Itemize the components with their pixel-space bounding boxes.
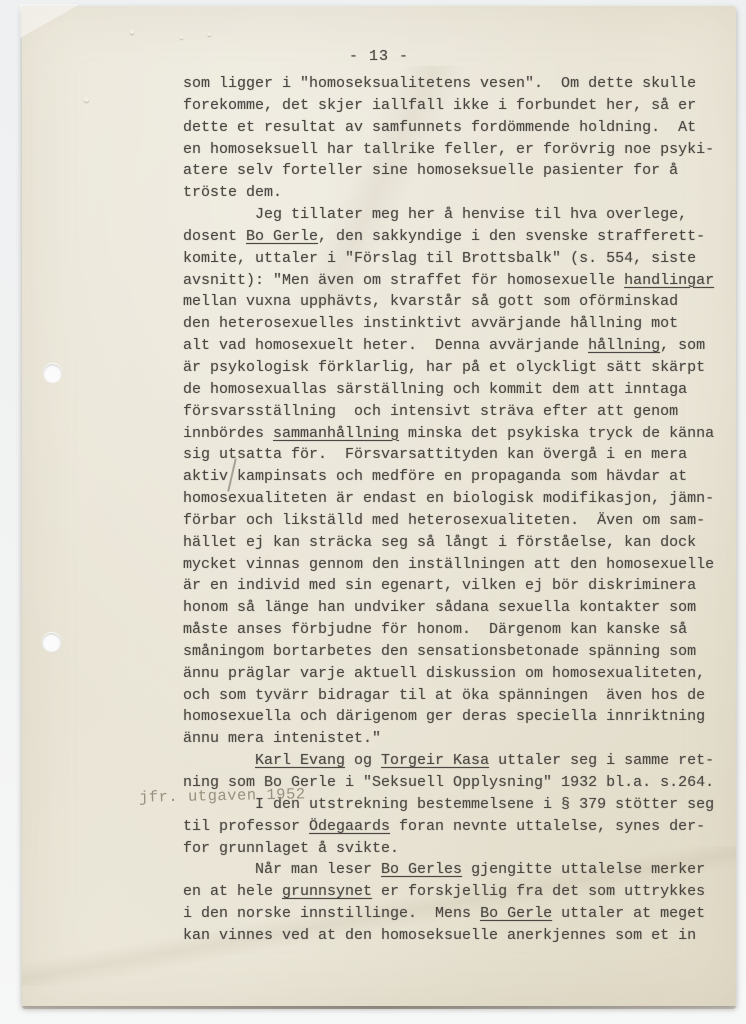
text-line: mycket vinnas gennom den inställningen a…: [183, 554, 714, 576]
text-line: Karl Evang og Torgeir Kasa uttaler seg i…: [183, 750, 714, 772]
text-line: forekomme, det skjer iallfall ikke i for…: [183, 95, 714, 117]
text-line: komite, uttaler i "Förslag til Brottsbal…: [183, 248, 714, 270]
text-line: tröste dem.: [183, 182, 714, 204]
text-line: den heterosexuelles instinktivt avvärjan…: [183, 313, 714, 335]
paper-corner-fold: [20, 4, 80, 38]
paper-speck: [84, 97, 89, 102]
text-line: atere selv forteller sine homoseksuelle …: [183, 160, 714, 182]
punch-hole-top: [43, 364, 62, 383]
text-line: försvarsställning och intensivt sträva e…: [183, 401, 714, 423]
text-line: och som tyvärr bidragar til at öka spänn…: [183, 685, 714, 707]
text-line: är en individ med sin egenart, vilken ej…: [183, 575, 714, 597]
text-line: som ligger i "homoseksualitetens vesen".…: [183, 73, 714, 95]
text-line: i den norske innstillinge. Mens Bo Gerle…: [183, 903, 714, 925]
text-line: sig utsatta för. Försvarsattityden kan ö…: [183, 444, 714, 466]
text-line: Når man leser Bo Gerles gjengitte uttale…: [183, 859, 714, 881]
text-line: innbördes sammanhållning minska det psyk…: [183, 423, 714, 445]
text-line: småningom bortarbetes den sensationsbeto…: [183, 641, 714, 663]
page-number: - 13 -: [22, 48, 736, 65]
paper-speck: [208, 33, 211, 36]
text-line: ännu präglar varje aktuell diskussion om…: [183, 663, 714, 685]
text-line: en homoseksuell har tallrike feller, er …: [183, 139, 714, 161]
text-line: for grunnlaget å svikte.: [183, 838, 714, 860]
text-line: Jeg tillater meg her å henvise til hva o…: [183, 204, 714, 226]
text-line: alt vad homosexuelt heter. Denna avvärja…: [183, 335, 714, 357]
text-line: måste anses förbjudne för honom. Därgeno…: [183, 619, 714, 641]
paper-speck: [130, 30, 134, 34]
text-line: homosexuella och därigenom ger deras spe…: [183, 706, 714, 728]
text-line: förbar och likställd med heterosexualite…: [183, 510, 714, 532]
document-page: - 13 - som ligger i "homoseksualitetens …: [22, 6, 736, 1006]
text-line: mellan vuxna upphävts, kvarstår så gott …: [183, 291, 714, 313]
text-line: hället ej kan sträcka seg så långt i för…: [183, 532, 714, 554]
text-line: är psykologisk förklarlig, har på et oly…: [183, 357, 714, 379]
text-line: dosent Bo Gerle, den sakkyndige i den sv…: [183, 226, 714, 248]
scan-background: { "document": { "page_number": "- 13 -",…: [0, 0, 746, 1024]
punch-hole-bottom: [42, 633, 61, 652]
text-line: en at hele grunnsynet er forskjellig fra…: [183, 881, 714, 903]
text-line: de homosexuallas särställning och kommit…: [183, 379, 714, 401]
text-line: honom så länge han undviker sådana sexue…: [183, 597, 714, 619]
text-line: dette et resultat av samfunnets fordömme…: [183, 117, 714, 139]
text-line: avsnitt): "Men även om straffet för homo…: [183, 270, 714, 292]
text-line: ännu mera intenistet.": [183, 728, 714, 750]
paper-bottom-edge: [22, 1006, 736, 1009]
text-block: som ligger i "homoseksualitetens vesen".…: [183, 73, 714, 947]
text-line: aktiv kampinsats och medföre en propagan…: [183, 466, 714, 488]
text-line: til professor Ödegaards foran nevnte utt…: [183, 816, 714, 838]
pencil-annotation: jfr. utgaven 1952: [139, 785, 306, 806]
text-line: kan vinnes ved at den homoseksuelle aner…: [183, 925, 714, 947]
paper-speck: [180, 36, 183, 39]
text-line: homosexualiteten är endast en biologisk …: [183, 488, 714, 510]
